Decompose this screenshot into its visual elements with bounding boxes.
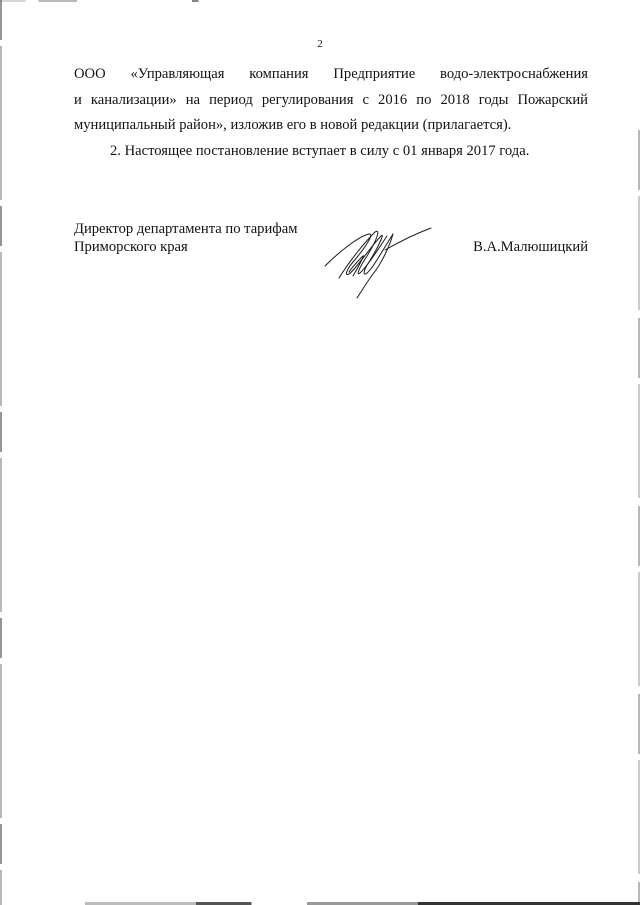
page-number: 2	[0, 38, 640, 50]
text-line-3: муниципальный район», изложив его в ново…	[74, 113, 588, 139]
document-body: ООО «Управляющая компания Предприятие во…	[74, 62, 588, 164]
text-line-1: ООО «Управляющая компания Предприятие во…	[74, 62, 588, 88]
signatory-title: Директор департамента по тарифам Приморс…	[74, 220, 297, 256]
document-page: 2 ООО «Управляющая компания Предприятие …	[0, 0, 640, 905]
scan-artifact-top	[0, 0, 640, 2]
signatory-name: В.А.Малюшицкий	[473, 238, 588, 256]
signature-block: Директор департамента по тарифам Приморс…	[74, 220, 588, 300]
text-line-2: и канализации» на период регулирования с…	[74, 88, 588, 114]
paragraph-continuation: ООО «Управляющая компания Предприятие во…	[74, 62, 588, 139]
signature-icon	[319, 222, 439, 302]
paragraph-effective-date: 2. Настоящее постановление вступает в си…	[74, 139, 588, 165]
scan-artifact-left	[0, 0, 2, 905]
